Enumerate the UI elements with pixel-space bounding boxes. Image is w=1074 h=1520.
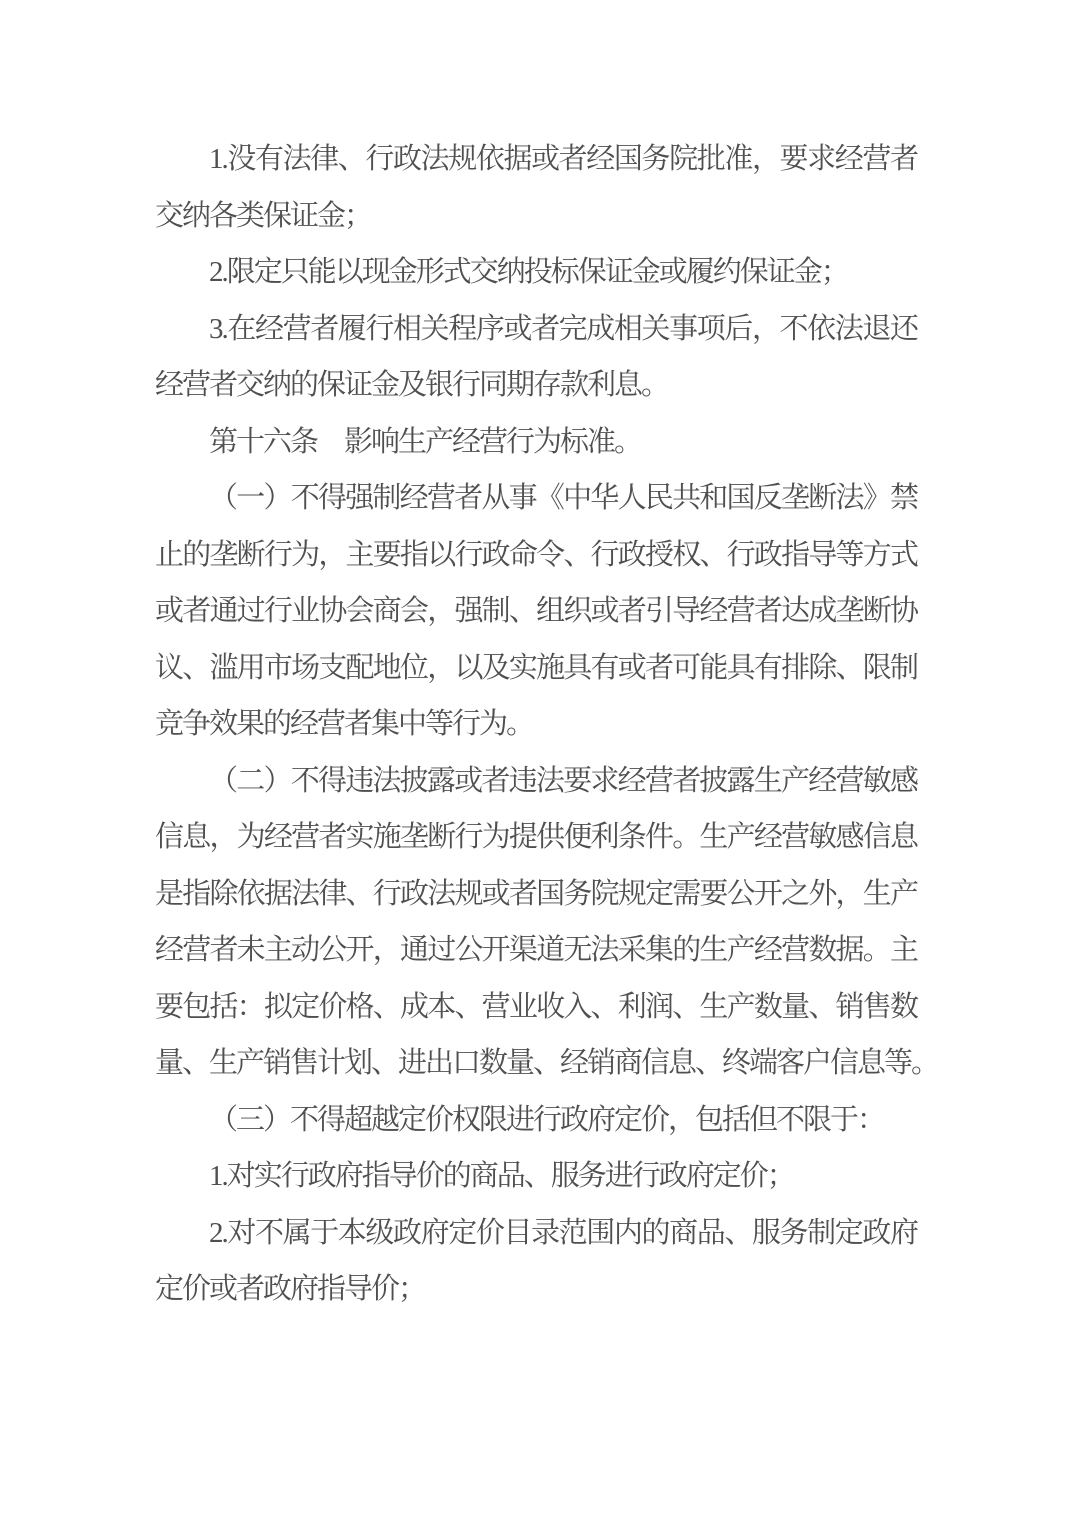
text-line: 是指除依据法律、行政法规或者国务院规定需要公开之外，生产 bbox=[155, 866, 917, 923]
paragraph-3: 3.在经营者履行相关程序或者完成相关事项后，不依法退还经营者交纳的保证金及银行同… bbox=[155, 301, 917, 414]
text-line: 交纳各类保证金； bbox=[155, 188, 917, 245]
text-line: 2.对不属于本级政府定价目录范围内的商品、服务制定政府 bbox=[155, 1205, 917, 1262]
text-line: 第十六条 影响生产经营行为标准。 bbox=[155, 414, 917, 471]
text-line: 3.在经营者履行相关程序或者完成相关事项后，不依法退还 bbox=[155, 301, 917, 358]
text-line: 1.没有法律、行政法规依据或者经国务院批准，要求经营者 bbox=[155, 131, 917, 188]
text-line: 2.限定只能以现金形式交纳投标保证金或履约保证金； bbox=[155, 244, 917, 301]
text-line: 信息，为经营者实施垄断行为提供便利条件。生产经营敏感信息 bbox=[155, 809, 917, 866]
document-text-block: 1.没有法律、行政法规依据或者经国务院批准，要求经营者交纳各类保证金；2.限定只… bbox=[155, 131, 917, 1318]
paragraph-7: （三）不得超越定价权限进行政府定价，包括但不限于： bbox=[155, 1092, 917, 1149]
text-line: 要包括：拟定价格、成本、营业收入、利润、生产数量、销售数 bbox=[155, 979, 917, 1036]
text-line: 定价或者政府指导价； bbox=[155, 1261, 917, 1318]
text-line: （二）不得违法披露或者违法要求经营者披露生产经营敏感 bbox=[155, 753, 917, 810]
paragraph-8: 1.对实行政府指导价的商品、服务进行政府定价； bbox=[155, 1148, 917, 1205]
text-line: 经营者交纳的保证金及银行同期存款利息。 bbox=[155, 357, 917, 414]
text-line: （三）不得超越定价权限进行政府定价，包括但不限于： bbox=[155, 1092, 917, 1149]
paragraph-4: 第十六条 影响生产经营行为标准。 bbox=[155, 414, 917, 471]
text-line: 或者通过行业协会商会，强制、组织或者引导经营者达成垄断协 bbox=[155, 583, 917, 640]
document-page: 1.没有法律、行政法规依据或者经国务院批准，要求经营者交纳各类保证金；2.限定只… bbox=[0, 0, 1074, 1520]
text-line: 1.对实行政府指导价的商品、服务进行政府定价； bbox=[155, 1148, 917, 1205]
paragraph-1: 1.没有法律、行政法规依据或者经国务院批准，要求经营者交纳各类保证金； bbox=[155, 131, 917, 244]
text-line: 量、生产销售计划、进出口数量、经销商信息、终端客户信息等。 bbox=[155, 1035, 917, 1092]
text-line: 议、滥用市场支配地位，以及实施具有或者可能具有排除、限制 bbox=[155, 640, 917, 697]
paragraph-2: 2.限定只能以现金形式交纳投标保证金或履约保证金； bbox=[155, 244, 917, 301]
paragraph-6: （二）不得违法披露或者违法要求经营者披露生产经营敏感信息，为经营者实施垄断行为提… bbox=[155, 753, 917, 1092]
text-line: 止的垄断行为，主要指以行政命令、行政授权、行政指导等方式 bbox=[155, 527, 917, 584]
text-line: 经营者未主动公开，通过公开渠道无法采集的生产经营数据。主 bbox=[155, 922, 917, 979]
text-line: 竞争效果的经营者集中等行为。 bbox=[155, 696, 917, 753]
text-line: （一）不得强制经营者从事《中华人民共和国反垄断法》禁 bbox=[155, 470, 917, 527]
paragraph-9: 2.对不属于本级政府定价目录范围内的商品、服务制定政府定价或者政府指导价； bbox=[155, 1205, 917, 1318]
paragraph-5: （一）不得强制经营者从事《中华人民共和国反垄断法》禁止的垄断行为，主要指以行政命… bbox=[155, 470, 917, 753]
